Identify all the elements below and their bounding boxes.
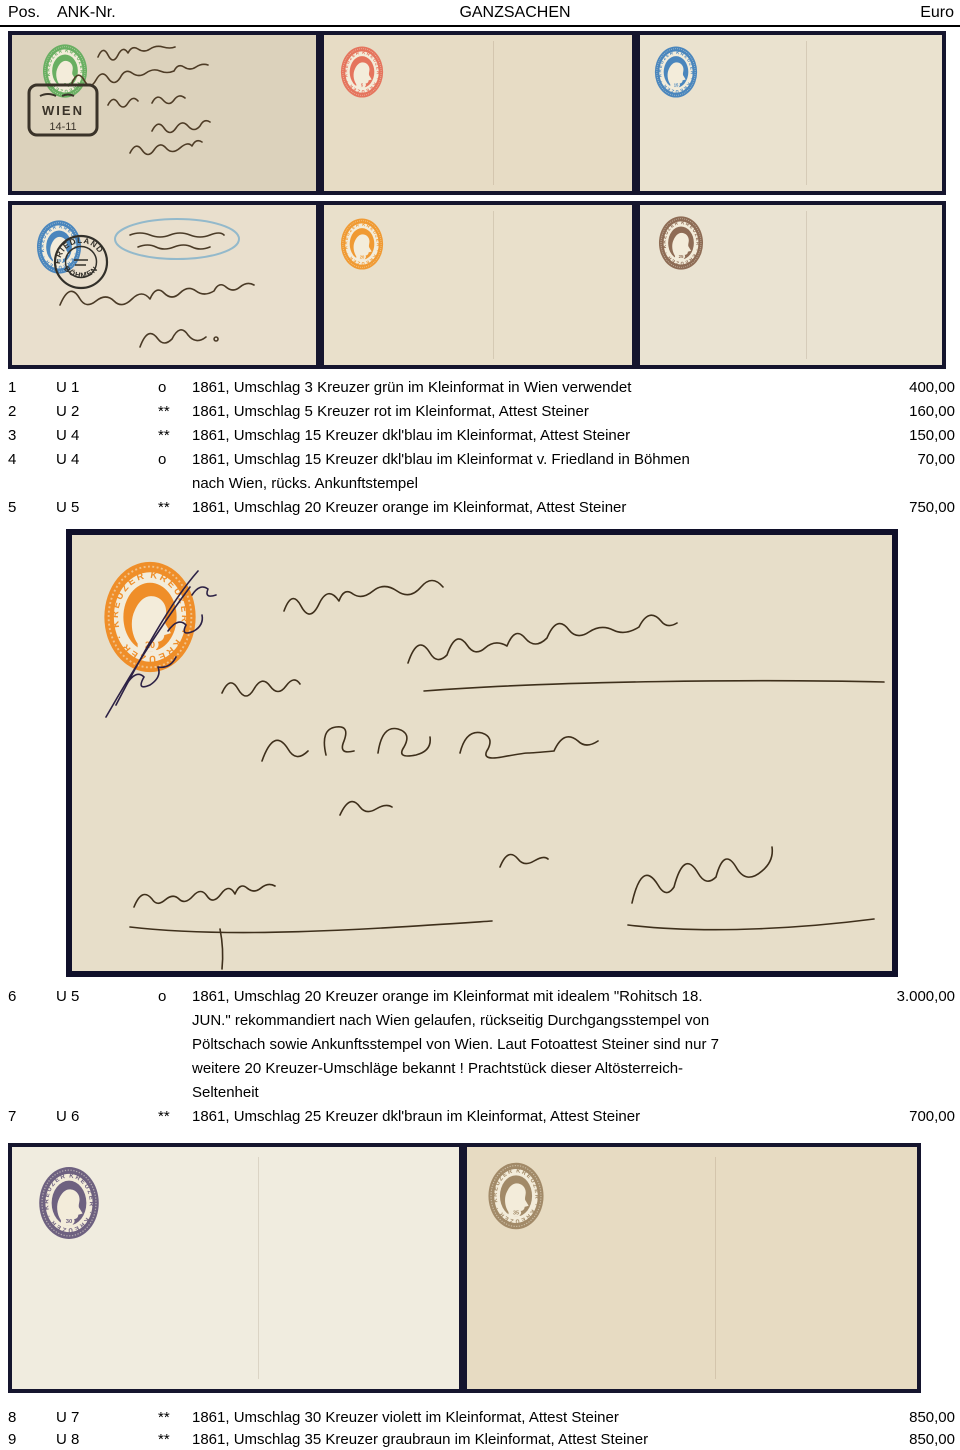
cover-photo-row-3: KREUZER · KREUZER · KREUZER30 KREUZER · … bbox=[0, 1143, 960, 1393]
page-title: GANZSACHEN bbox=[459, 4, 570, 22]
cover-photo-u6-brown-mint: KREUZER · KREUZER · KREUZER25 bbox=[636, 201, 946, 369]
lot-description: 1861, Umschlag 20 Kreuzer orange im Klei… bbox=[192, 496, 845, 520]
lot-table-upper: 1 U 1 o 1861, Umschlag 3 Kreuzer grün im… bbox=[0, 376, 960, 520]
handwriting-address bbox=[72, 535, 892, 971]
merchant-cachet bbox=[115, 219, 239, 259]
lot-price: 400,00 bbox=[845, 376, 955, 400]
embossed-stamp-blue: KREUZER · KREUZER · KREUZER15 bbox=[654, 45, 698, 99]
lot-condition: ** bbox=[152, 424, 192, 448]
lot-price: 150,00 bbox=[845, 424, 955, 448]
svg-text:15: 15 bbox=[674, 82, 679, 87]
column-header-ank-nr: ANK-Nr. bbox=[57, 4, 116, 22]
lot-ank: U 6 bbox=[56, 1105, 152, 1129]
lot-ank: U 5 bbox=[56, 496, 152, 520]
embossed-stamp-brown: KREUZER · KREUZER · KREUZER25 bbox=[658, 215, 704, 271]
lot-condition: o bbox=[152, 985, 192, 1009]
lot-description: 1861, Umschlag 15 Kreuzer dkl'blau im Kl… bbox=[192, 448, 845, 496]
lot-price: 700,00 bbox=[845, 1105, 955, 1129]
cover-photo-row-1: KREUZER · KREUZER · KREUZER3 WIEN 14-11 … bbox=[0, 31, 960, 195]
cds-postmark-friedland: FRIEDLAND BÖHMEN bbox=[52, 233, 110, 291]
recommandirt-underline bbox=[130, 921, 492, 933]
cover-photo-u8-graubraun-mint: KREUZER · KREUZER · KREUZER35 bbox=[463, 1143, 921, 1393]
lot-row-3: 3 U 4 ** 1861, Umschlag 15 Kreuzer dkl'b… bbox=[8, 424, 955, 448]
lot-price: 70,00 bbox=[845, 448, 955, 472]
cover-photo-row-2: KREUZER · KREUZER · KREUZER15 FRIEDLAND … bbox=[0, 201, 960, 369]
lot-description: 1861, Umschlag 3 Kreuzer grün im Kleinfo… bbox=[192, 376, 845, 400]
lot-condition: ** bbox=[152, 496, 192, 520]
postmark-text-date: 14-11 bbox=[49, 121, 76, 133]
lot-description: 1861, Umschlag 25 Kreuzer dkl'braun im K… bbox=[192, 1105, 845, 1129]
svg-text:BÖHMEN: BÖHMEN bbox=[62, 264, 99, 280]
embossed-stamp-red: KREUZER · KREUZER · KREUZER5 bbox=[340, 45, 384, 99]
lot-description: 1861, Umschlag 35 Kreuzer graubraun im K… bbox=[192, 1429, 845, 1450]
address-underline bbox=[424, 681, 884, 691]
lot-ank: U 7 bbox=[56, 1407, 152, 1429]
lot-ank: U 5 bbox=[56, 985, 152, 1009]
lot-price: 850,00 bbox=[845, 1407, 955, 1429]
lot-row-1: 1 U 1 o 1861, Umschlag 3 Kreuzer grün im… bbox=[8, 376, 955, 400]
cover-photo-u7-violet-mint: KREUZER · KREUZER · KREUZER30 bbox=[8, 1143, 463, 1393]
page-header: Pos. ANK-Nr. GANZSACHEN Euro bbox=[0, 0, 960, 27]
lot-condition: o bbox=[152, 448, 192, 472]
column-header-pos: Pos. bbox=[8, 4, 40, 22]
lot-row-5: 5 U 5 ** 1861, Umschlag 20 Kreuzer orang… bbox=[8, 496, 955, 520]
catalog-page: Pos. ANK-Nr. GANZSACHEN Euro KREUZER · K… bbox=[0, 0, 960, 1450]
lot-pos: 7 bbox=[8, 1105, 56, 1129]
embossed-stamp-orange: KREUZER · KREUZER · KREUZER20 bbox=[340, 217, 384, 271]
svg-text:25: 25 bbox=[679, 254, 684, 259]
lot-ank: U 4 bbox=[56, 424, 152, 448]
lot-ank: U 2 bbox=[56, 400, 152, 424]
embossed-stamp-graubraun: KREUZER · KREUZER · KREUZER35 bbox=[487, 1161, 545, 1231]
lot-condition: ** bbox=[152, 1105, 192, 1129]
lot-price: 160,00 bbox=[845, 400, 955, 424]
cover-photo-u1-green-used: KREUZER · KREUZER · KREUZER3 WIEN 14-11 bbox=[8, 31, 320, 195]
cover-photo-u4-blue-used-friedland: KREUZER · KREUZER · KREUZER15 FRIEDLAND … bbox=[8, 201, 320, 369]
cover-photo-u5-orange-used-large: KREUZER · KREUZER · KREUZER20 bbox=[66, 529, 898, 977]
lot-pos: 2 bbox=[8, 400, 56, 424]
embossed-stamp-violet: KREUZER · KREUZER · KREUZER30 bbox=[38, 1165, 100, 1241]
wien-underline bbox=[628, 919, 874, 930]
svg-text:30: 30 bbox=[66, 1219, 73, 1225]
lot-pos: 8 bbox=[8, 1407, 56, 1429]
lot-pos: 3 bbox=[8, 424, 56, 448]
lot-condition: ** bbox=[152, 400, 192, 424]
lot-condition: ** bbox=[152, 1407, 192, 1429]
lot-ank: U 4 bbox=[56, 448, 152, 472]
lot-row-7: 7 U 6 ** 1861, Umschlag 25 Kreuzer dkl'b… bbox=[8, 1105, 955, 1129]
lot-price: 750,00 bbox=[845, 496, 955, 520]
lot-price: 3.000,00 bbox=[845, 985, 955, 1009]
cover-photo-u5-orange-mint: KREUZER · KREUZER · KREUZER20 bbox=[320, 201, 636, 369]
lot-row-2: 2 U 2 ** 1861, Umschlag 5 Kreuzer rot im… bbox=[8, 400, 955, 424]
postmark-wien-box: WIEN 14-11 bbox=[26, 77, 100, 141]
lot-pos: 4 bbox=[8, 448, 56, 472]
rohitsch-overprint bbox=[106, 571, 216, 717]
cover-photo-u4-blue-mint: KREUZER · KREUZER · KREUZER15 bbox=[636, 31, 946, 195]
lot-row-8: 8 U 7 ** 1861, Umschlag 30 Kreuzer viole… bbox=[8, 1407, 955, 1429]
lot-pos: 9 bbox=[8, 1429, 56, 1450]
lot-ank: U 1 bbox=[56, 376, 152, 400]
lot-table-middle: 6 U 5 o 1861, Umschlag 20 Kreuzer orange… bbox=[0, 985, 960, 1129]
lot-pos: 6 bbox=[8, 985, 56, 1009]
svg-text:20: 20 bbox=[360, 254, 365, 259]
lot-pos: 1 bbox=[8, 376, 56, 400]
lot-table-lower: 8 U 7 ** 1861, Umschlag 30 Kreuzer viole… bbox=[0, 1407, 960, 1450]
lot-description: 1861, Umschlag 5 Kreuzer rot im Kleinfor… bbox=[192, 400, 845, 424]
cds-text-boehmen: BÖHMEN bbox=[62, 264, 99, 280]
lot-pos: 5 bbox=[8, 496, 56, 520]
column-header-euro: Euro bbox=[920, 4, 954, 22]
lot-row-6: 6 U 5 o 1861, Umschlag 20 Kreuzer orange… bbox=[8, 985, 955, 1105]
wien-script bbox=[632, 847, 772, 903]
cover-photo-u2-red-mint: KREUZER · KREUZER · KREUZER5 bbox=[320, 31, 636, 195]
lot-row-9: 9 U 8 ** 1861, Umschlag 35 Kreuzer graub… bbox=[8, 1429, 955, 1450]
lot-description: 1861, Umschlag 20 Kreuzer orange im Klei… bbox=[192, 985, 845, 1105]
lot-ank: U 8 bbox=[56, 1429, 152, 1450]
postmark-text-wien: WIEN bbox=[42, 103, 84, 118]
lot-condition: o bbox=[152, 376, 192, 400]
svg-text:35: 35 bbox=[513, 1211, 519, 1217]
lot-row-4: 4 U 4 o 1861, Umschlag 15 Kreuzer dkl'bl… bbox=[8, 448, 955, 496]
lot-condition: ** bbox=[152, 1429, 192, 1450]
lot-price: 850,00 bbox=[845, 1429, 955, 1450]
lot-description: 1861, Umschlag 30 Kreuzer violett im Kle… bbox=[192, 1407, 845, 1429]
lot-description: 1861, Umschlag 15 Kreuzer dkl'blau im Kl… bbox=[192, 424, 845, 448]
